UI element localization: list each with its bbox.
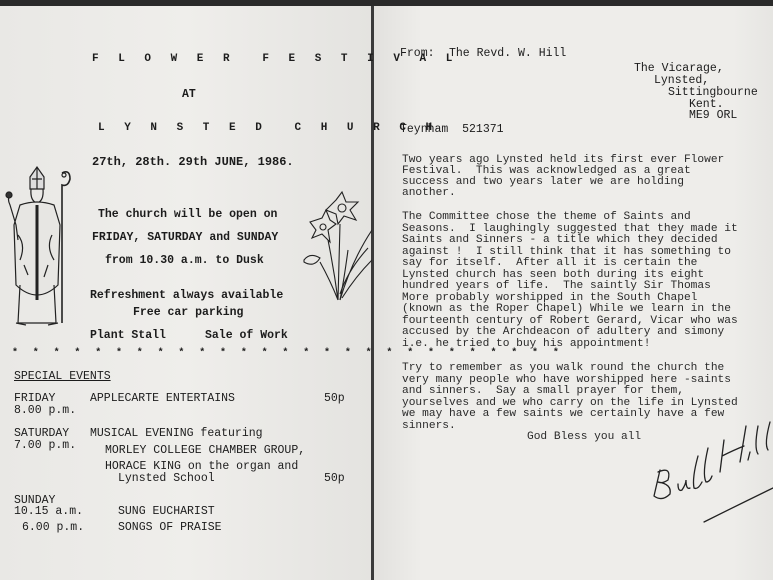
letter-line: and sinners. Say a small prayer for them… [402,386,684,397]
open-line-1: The church will be open on [98,208,277,221]
special-events-heading: SPECIAL EVENTS [14,370,111,383]
closing-line: God Bless you all [527,432,641,443]
plant-stall-note: Plant Stall [90,329,166,342]
address-line: ME9 ORL [689,109,737,122]
from-label: From: [400,47,435,60]
phone-number: Teynham 521371 [400,123,504,136]
event-detail: Lynsted School [118,472,215,485]
refreshment-note: Refreshment always available [90,289,283,302]
letter-line: The Committee chose the theme of Saints … [402,212,691,223]
letter-line: i.e. he tried to buy his appointment! [402,339,650,350]
event-title: SUNG EUCHARIST [118,505,215,518]
letter-line: hundred years of life. The saintly Sir T… [402,281,711,292]
letter-line: sinners. [402,421,456,432]
sender-name: The Revd. W. Hill [449,47,566,60]
event-time: 6.00 p.m. [22,521,84,534]
bishop-illustration-icon [2,165,72,330]
parking-note: Free car parking [133,306,243,319]
venue-title: L Y N S T E D C H U R C H [98,122,439,135]
letter-line: say for itself. After all it is certain … [402,258,697,269]
event-time: 8.00 p.m. [14,404,76,417]
signature-icon [650,418,773,528]
event-title: APPLECARTE ENTERTAINS [90,392,235,405]
event-title: SONGS OF PRAISE [118,521,222,534]
festival-dates: 27th, 28th. 29th JUNE, 1986. [92,156,294,169]
event-price: 50p [324,392,345,405]
open-line-2: FRIDAY, SATURDAY and SUNDAY [92,231,278,244]
letter-line: (known as the Roper Chapel) While we lea… [402,304,731,315]
daffodil-illustration-icon [296,190,372,310]
letter-line: another. [402,188,456,199]
event-time: 7.00 p.m. [14,439,76,452]
sale-of-work-note: Sale of Work [205,329,288,342]
letter-line: Try to remember as you walk round the ch… [402,363,724,374]
event-detail: MORLEY COLLEGE CHAMBER GROUP, [105,444,305,457]
at-label: AT [182,88,196,101]
letter-line: Saints and Sinners - a title which they … [402,235,718,246]
letter-line: accused by the Archdeacon of adultery an… [402,327,724,338]
open-line-3: from 10.30 a.m. to Dusk [105,254,264,267]
event-title: MUSICAL EVENING featuring [90,427,263,440]
event-price: 50p [324,472,345,485]
event-time: 10.15 a.m. [14,505,83,518]
